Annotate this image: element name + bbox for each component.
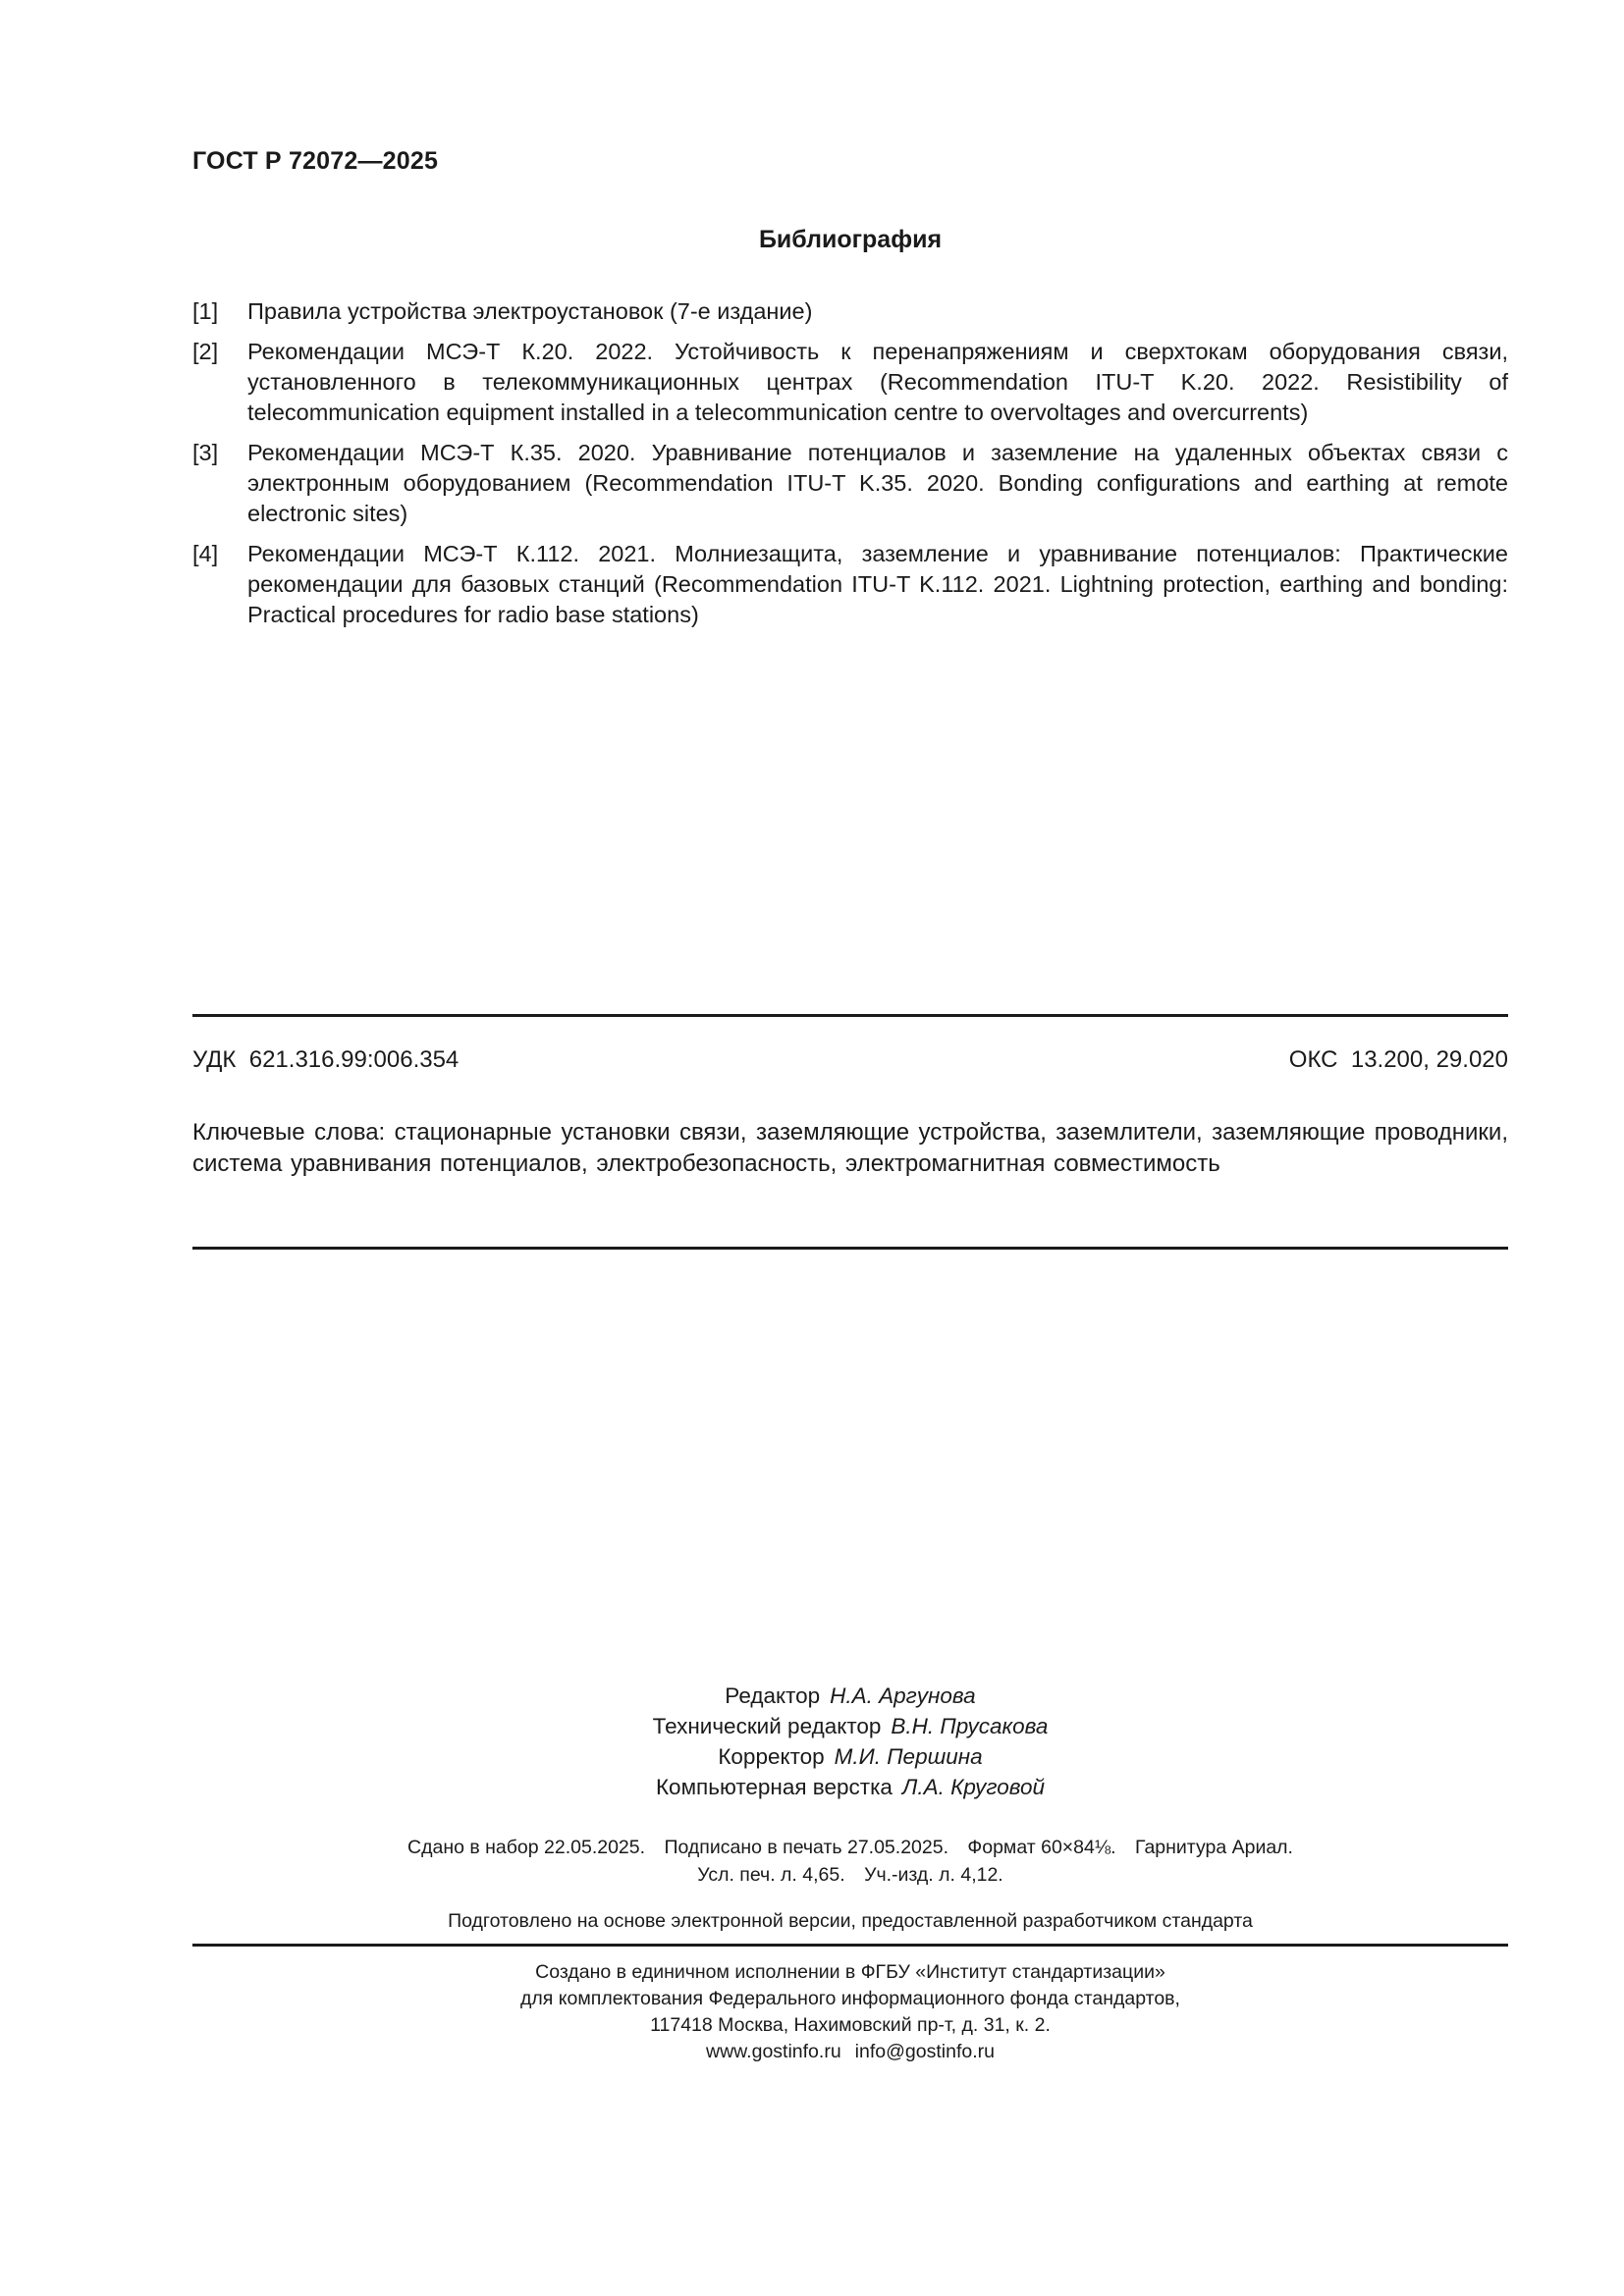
credit-name: Л.А. Круговой (902, 1775, 1045, 1799)
print-sheets: Усл. печ. л. 4,65. (697, 1864, 844, 1886)
bibliography-item-text: Рекомендации МСЭ-Т К.112. 2021. Молниеза… (247, 539, 1508, 630)
bibliography-item-number: [1] (192, 296, 247, 327)
credit-role: Технический редактор (653, 1714, 882, 1738)
email-link[interactable]: info@gostinfo.ru (855, 2041, 995, 2062)
publisher-info: Создано в единичном исполнении в ФГБУ «И… (0, 1959, 1624, 2065)
bibliography-list: [1] Правила устройства электроустановок … (192, 296, 1508, 640)
credit-technical-editor: Технический редакторВ.Н. Прусакова (0, 1711, 1624, 1741)
divider-keywords (192, 1247, 1508, 1250)
website-link[interactable]: www.gostinfo.ru (706, 2041, 841, 2062)
credit-role: Компьютерная верстка (656, 1775, 893, 1799)
bibliography-item-text: Правила устройства электроустановок (7-е… (247, 296, 1508, 327)
paper-format: Формат 60×84⅛. (967, 1837, 1115, 1858)
oks-code: ОКС 13.200, 29.020 (1289, 1046, 1508, 1074)
credit-proofreader: КорректорМ.И. Першина (0, 1741, 1624, 1772)
prepared-note: Подготовлено на основе электронной верси… (0, 1910, 1624, 1933)
signed-date: Подписано в печать 27.05.2025. (664, 1837, 948, 1858)
credit-role: Корректор (718, 1744, 824, 1769)
bibliography-item: [1] Правила устройства электроустановок … (192, 296, 1508, 327)
credits: РедакторН.А. Аргунова Технический редакт… (0, 1681, 1624, 1802)
bibliography-item-number: [4] (192, 539, 247, 630)
bibliography-item-text: Рекомендации МСЭ-Т К.20. 2022. Устойчиво… (247, 337, 1508, 428)
keywords: Ключевые слова: стационарные установки с… (192, 1117, 1508, 1180)
credit-name: Н.А. Аргунова (830, 1683, 976, 1708)
bibliography-item: [2] Рекомендации МСЭ-Т К.20. 2022. Устой… (192, 337, 1508, 428)
bibliography-item-number: [3] (192, 438, 247, 529)
print-info: Сдано в набор 22.05.2025. Подписано в пе… (0, 1834, 1624, 1889)
bibliography-title: Библиография (0, 226, 1624, 254)
publisher-contacts: www.gostinfo.ruinfo@gostinfo.ru (0, 2039, 1624, 2065)
publisher-address: 117418 Москва, Нахимовский пр-т, д. 31, … (0, 2012, 1624, 2039)
typeface: Гарнитура Ариал. (1135, 1837, 1293, 1858)
divider-bottom (192, 1944, 1508, 1947)
bibliography-item-number: [2] (192, 337, 247, 428)
divider-top (192, 1014, 1508, 1017)
udk-code: УДК 621.316.99:006.354 (192, 1046, 459, 1074)
bibliography-item-text: Рекомендации МСЭ-Т К.35. 2020. Уравниван… (247, 438, 1508, 529)
publisher-sheets: Уч.-изд. л. 4,12. (864, 1864, 1003, 1886)
credit-layout: Компьютерная версткаЛ.А. Круговой (0, 1772, 1624, 1802)
submitted-date: Сдано в набор 22.05.2025. (407, 1837, 645, 1858)
credit-name: М.И. Першина (835, 1744, 983, 1769)
document-code: ГОСТ Р 72072—2025 (192, 147, 438, 176)
credit-editor: РедакторН.А. Аргунова (0, 1681, 1624, 1711)
credit-name: В.Н. Прусакова (891, 1714, 1048, 1738)
bibliography-item: [3] Рекомендации МСЭ-Т К.35. 2020. Уравн… (192, 438, 1508, 529)
credit-role: Редактор (725, 1683, 820, 1708)
publisher-line: Создано в единичном исполнении в ФГБУ «И… (0, 1959, 1624, 1986)
bibliography-item: [4] Рекомендации МСЭ-Т К.112. 2021. Молн… (192, 539, 1508, 630)
publisher-line: для комплектования Федерального информац… (0, 1986, 1624, 2012)
